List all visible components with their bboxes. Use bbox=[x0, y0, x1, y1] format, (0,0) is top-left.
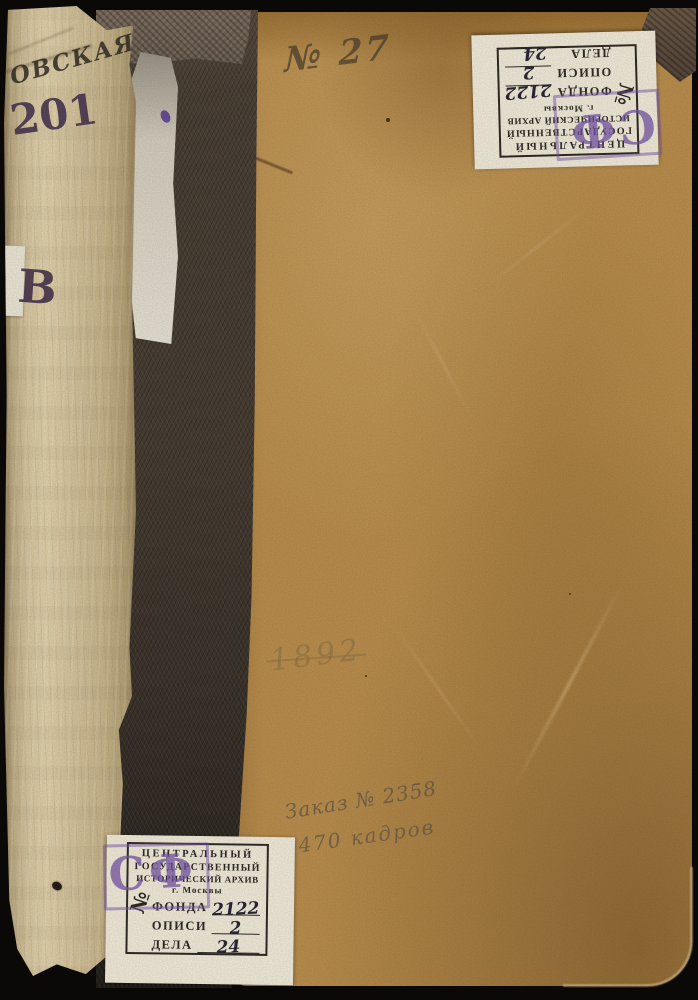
spine-torn-label-strip bbox=[130, 52, 178, 344]
stamp-field-line: 24 bbox=[505, 46, 565, 66]
parchment-hole bbox=[51, 880, 64, 892]
stamp-field-line: 2 bbox=[505, 65, 551, 84]
stamp-field-row: ОПИСИ 2 bbox=[505, 64, 611, 85]
stamp-field-line: 24 bbox=[198, 935, 260, 954]
stamp-field-value: 24 bbox=[197, 936, 260, 958]
stamp-field-line: 2122 bbox=[212, 897, 260, 916]
stamp-field-row: ОПИСИ 2 bbox=[152, 915, 260, 935]
cover-crease bbox=[411, 304, 474, 420]
stamp-field-label: ДЕЛА bbox=[569, 45, 611, 61]
frayed-corner bbox=[563, 867, 693, 987]
cover-crease bbox=[393, 625, 481, 749]
archive-stamp-top: ЦЕНТРАЛЬНЫЙ ГОСУДАРСТВЕННЫЙ ИСТОРИЧЕСКИЙ… bbox=[471, 31, 658, 170]
spine-letter-mark: В bbox=[16, 259, 59, 316]
stamp-field-line: 2 bbox=[212, 916, 260, 935]
cover-crease bbox=[512, 585, 623, 789]
spine-handwritten-title: ОВСКАЯ bbox=[7, 29, 139, 91]
stamp-field-value: 24 bbox=[504, 40, 565, 65]
cover-crease bbox=[485, 206, 589, 288]
stamp-field-row: ДЕЛА 24 bbox=[151, 934, 259, 954]
violet-overstamp-letters: СФ bbox=[107, 843, 198, 902]
archive-stamp-bottom: ЦЕНТРАЛЬНЫЙ ГОСУДАРСТВЕННЫЙ ИСТОРИЧЕСКИЙ… bbox=[105, 835, 295, 986]
stamp-field-line: 2122 bbox=[506, 84, 552, 103]
archival-scan-photo: № 27 1892 Заказ № 2358 470 кадров ОВСКАЯ… bbox=[0, 0, 698, 1000]
pencil-note-year: 1892 bbox=[268, 633, 364, 679]
pencil-note-top: № 27 bbox=[284, 27, 392, 81]
stamp-field-row: ДЕЛА 24 bbox=[505, 45, 611, 66]
stamp-field-label: ОПИСИ bbox=[152, 918, 208, 934]
stamp-field-label: ДЕЛА bbox=[151, 937, 192, 953]
cover-tear-mark bbox=[255, 157, 293, 175]
pencil-note-frame-count: 470 кадров bbox=[297, 815, 437, 858]
spine-parchment-wrapper: ОВСКАЯ 201 В bbox=[4, 6, 136, 978]
violet-overstamp-letters: СФ bbox=[565, 98, 658, 160]
stamp-field-label: ОПИСИ bbox=[556, 64, 612, 80]
label-strip-shadow bbox=[130, 52, 178, 140]
spine-shelf-number: 201 bbox=[7, 84, 101, 145]
